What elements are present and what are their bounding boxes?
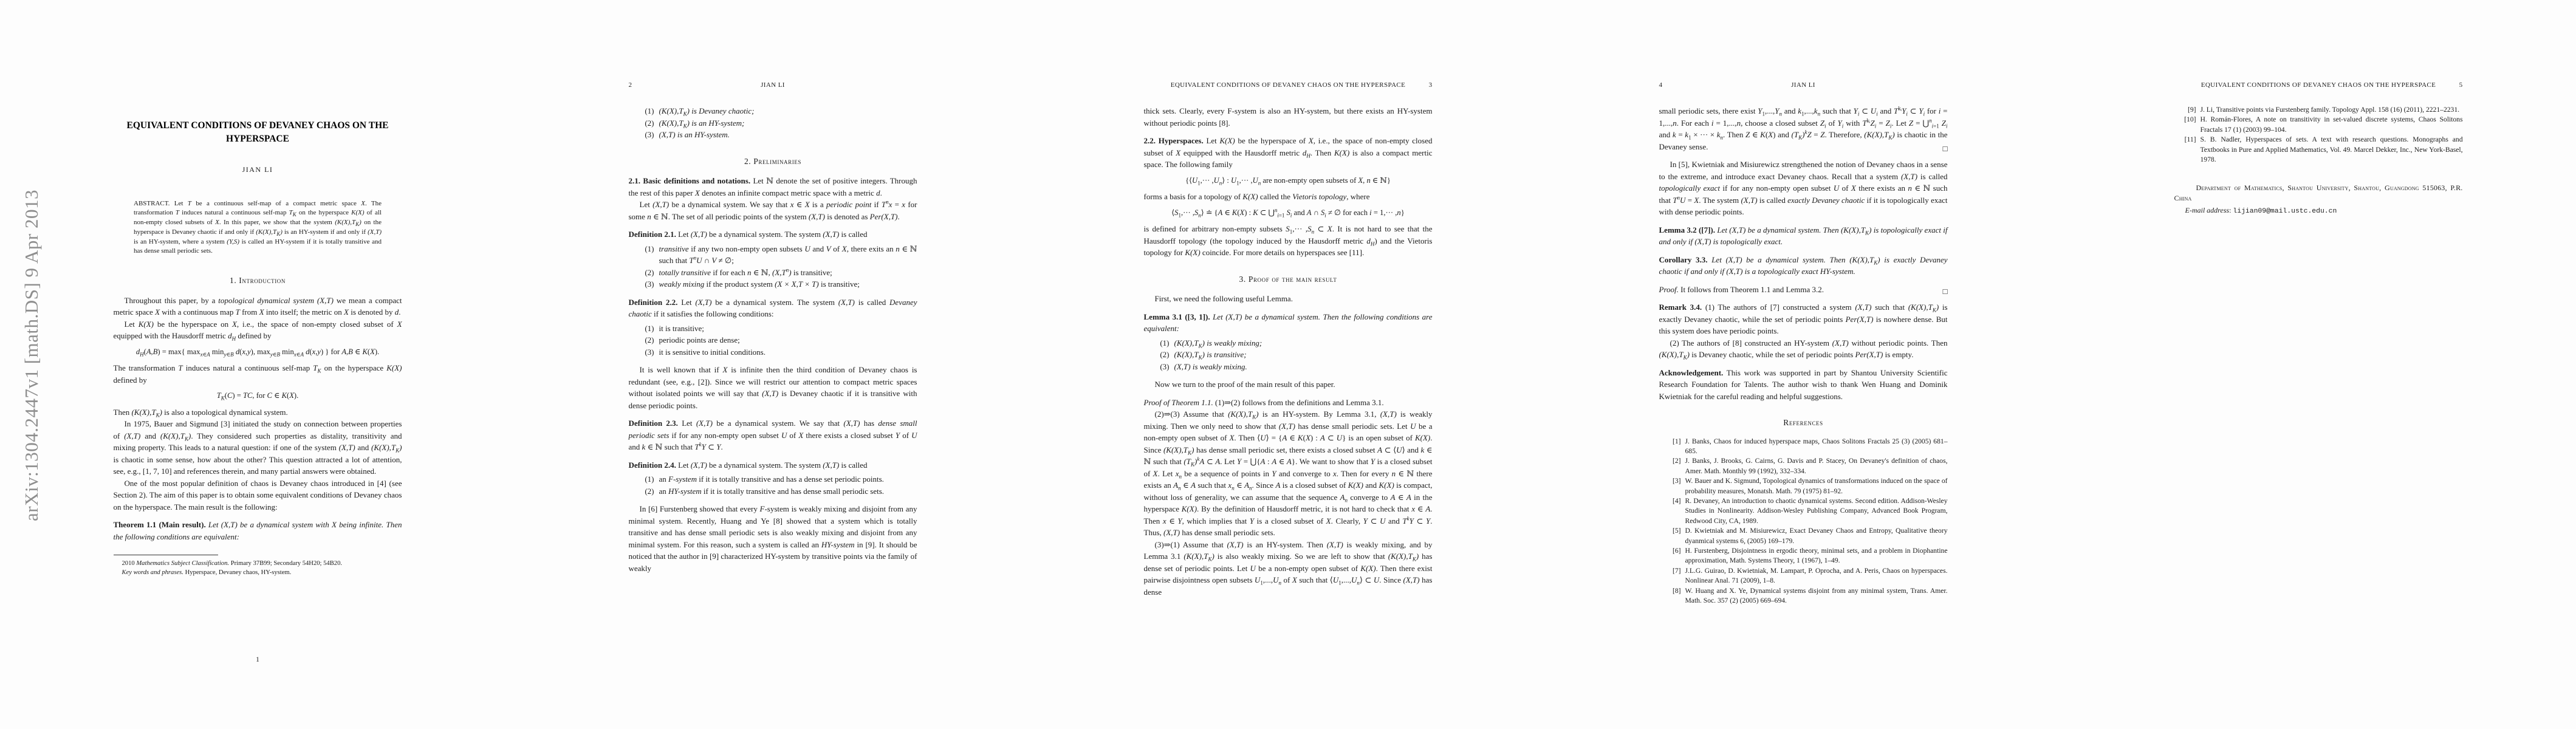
- paragraph: 2.1. Basic definitions and notations. Le…: [629, 175, 917, 199]
- running-header: EQUIVALENT CONDITIONS OF DEVANEY CHAOS O…: [2174, 81, 2463, 89]
- list-item-text: totally transitive if for each n ∈ ℕ, (X…: [659, 267, 917, 279]
- list-item: (2)totally transitive if for each n ∈ ℕ,…: [629, 267, 917, 279]
- email-label: E-mail address: [2185, 206, 2230, 214]
- list-item-text: (K(X),TK) is weakly mixing;: [1174, 337, 1433, 349]
- enumerated-list: (1)it is transitive;(2)periodic points a…: [629, 323, 917, 358]
- list-item: (1)(K(X),TK) is Devaney chaotic;: [629, 105, 917, 117]
- theorem-head: Lemma 3.2 ([7]).: [1659, 225, 1716, 234]
- page-number: 4: [1659, 81, 1663, 89]
- reference-label: [7]: [1659, 566, 1685, 586]
- section-heading: References: [1659, 417, 1948, 429]
- paragraph: In [6] Furstenberg showed that every F-s…: [629, 503, 917, 574]
- list-item-text: an F-system if it is totally transitive …: [659, 473, 917, 485]
- list-item-text: (X,T) is an HY-system.: [659, 129, 917, 141]
- section-heading: 1. Introduction: [114, 275, 402, 287]
- list-item: (2)an HY-system if it is totally transit…: [629, 485, 917, 498]
- reference-text: R. Devaney, An introduction to chaotic d…: [1685, 496, 1948, 526]
- list-item-label: (3): [1144, 361, 1174, 373]
- page-4: 4JIAN LIsmall periodic sets, there exist…: [1546, 0, 2061, 729]
- list-item-label: (2): [629, 334, 659, 346]
- qed-symbol: □: [1943, 286, 1948, 298]
- theorem: Lemma 3.1 ([3, 1]). Let (X,T) be a dynam…: [1144, 311, 1433, 335]
- reference-label: [6]: [1659, 546, 1685, 566]
- paragraph: Let K(X) be the hyperspace on X, i.e., t…: [114, 318, 402, 342]
- page-text-block: EQUIVALENT CONDITIONS OF DEVANEY CHAOS O…: [114, 0, 402, 577]
- enumerated-list: (1)(K(X),TK) is weakly mixing;(2)(K(X),T…: [1144, 337, 1433, 373]
- list-item-label: (1): [629, 105, 659, 117]
- paragraph: First, we need the following useful Lemm…: [1144, 293, 1433, 305]
- theorem: Corollary 3.3. Let (X,T) be a dynamical …: [1659, 254, 1948, 278]
- list-item-label: (2): [1144, 349, 1174, 361]
- reference-text: W. Huang and X. Ye, Dynamical systems di…: [1685, 586, 1948, 606]
- list-item-text: transitive if any two non-empty open sub…: [659, 243, 917, 267]
- page-number: 3: [1429, 81, 1433, 89]
- list-item-label: (3): [629, 129, 659, 141]
- list-item: (3)it is sensitive to initial conditions…: [629, 346, 917, 358]
- list-item-text: (X,T) is weakly mixing.: [1174, 361, 1433, 373]
- page-number: 5: [2459, 81, 2463, 89]
- footnote: Key words and phrases. Hyperspace, Devan…: [114, 568, 402, 577]
- paragraph: (2) The authors of [8] constructed an HY…: [1659, 337, 1948, 361]
- paragraph: Definition 2.1. Let (X,T) be a dynamical…: [629, 228, 917, 241]
- reference-item: [3]W. Bauer and K. Sigmund, Topological …: [1659, 476, 1948, 496]
- list-item: (1)it is transitive;: [629, 323, 917, 335]
- reference-item: [5]D. Kwietniak and M. Misiurewicz, Exac…: [1659, 526, 1948, 546]
- paragraph: Throughout this paper, by a topological …: [114, 295, 402, 318]
- reference-text: H. Román-Flores, A note on transitivity …: [2201, 115, 2463, 135]
- theorem-head: Theorem 1.1 (Main result).: [114, 520, 206, 529]
- reference-text: J. Li, Transitive points via Furstenberg…: [2201, 105, 2463, 115]
- reference-text: W. Bauer and K. Sigmund, Topological dyn…: [1685, 476, 1948, 496]
- paragraph: Definition 2.2. Let (X,T) be a dynamical…: [629, 296, 917, 320]
- list-item-label: (1): [629, 243, 659, 267]
- running-header: 4JIAN LI: [1659, 81, 1948, 89]
- reference-item: [1]J. Banks, Chaos for induced hyperspac…: [1659, 437, 1948, 457]
- paragraph: Then (K(X),TK) is also a topological dyn…: [114, 406, 402, 419]
- theorem: Theorem 1.1 (Main result). Let (X,T) be …: [114, 519, 402, 542]
- reference-item: [6]H. Furstenberg, Disjointness in ergod…: [1659, 546, 1948, 566]
- list-item: (1)an F-system if it is totally transiti…: [629, 473, 917, 485]
- document-canvas: arXiv:1304.2447v1 [math.DS] 9 Apr 2013 E…: [0, 0, 2576, 729]
- list-item-label: (2): [629, 117, 659, 129]
- paragraph: thick sets. Clearly, every F-system is a…: [1144, 105, 1433, 129]
- running-header: 2JIAN LI: [629, 81, 917, 89]
- page-text-block: 2JIAN LI(1)(K(X),TK) is Devaney chaotic;…: [629, 0, 917, 574]
- paragraph: Proof. It follows from Theorem 1.1 and L…: [1659, 284, 1948, 296]
- theorem: Lemma 3.2 ([7]). Let (X,T) be a dynamica…: [1659, 224, 1948, 248]
- paragraph: In 1975, Bauer and Sigmund [3] initiated…: [114, 418, 402, 477]
- paragraph: Remark 3.4. (1) The authors of [7] const…: [1659, 301, 1948, 337]
- reference-item: [7]J.L.G. Guirao, D. Kwietniak, M. Lampa…: [1659, 566, 1948, 586]
- paragraph: Definition 2.4. Let (X,T) be a dynamical…: [629, 459, 917, 471]
- list-item-text: (K(X),TK) is transitive;: [1174, 349, 1433, 361]
- paragraph: forms a basis for a topology of K(X) cal…: [1144, 191, 1433, 203]
- footnote-rule: [114, 555, 218, 555]
- running-title: EQUIVALENT CONDITIONS OF DEVANEY CHAOS O…: [1171, 81, 1406, 89]
- list-item-label: (1): [629, 323, 659, 335]
- paper-title: EQUIVALENT CONDITIONS OF DEVANEY CHAOS O…: [114, 119, 402, 146]
- reference-label: [3]: [1659, 476, 1685, 496]
- author-name: JIAN LI: [114, 164, 402, 176]
- reference-label: [10]: [2174, 115, 2201, 135]
- reference-label: [11]: [2174, 135, 2201, 165]
- reference-item: [2]J. Banks, J. Brooks, G. Cairns, G. Da…: [1659, 456, 1948, 476]
- list-item-label: (3): [629, 278, 659, 290]
- theorem-head: Lemma 3.1 ([3, 1]).: [1144, 312, 1210, 321]
- page-1: EQUIVALENT CONDITIONS OF DEVANEY CHAOS O…: [0, 0, 515, 729]
- email-value: lijian09@mail.ustc.edu.cn: [2233, 208, 2337, 215]
- reference-text: D. Kwietniak and M. Misiurewicz, Exact D…: [1685, 526, 1948, 546]
- list-item: (3)weakly mixing if the product system (…: [629, 278, 917, 290]
- paragraph: (2)⇒(3) Assume that (K(X),TK) is an HY-s…: [1144, 408, 1433, 539]
- reference-item: [10]H. Román-Flores, A note on transitiv…: [2174, 115, 2463, 135]
- paragraph: small periodic sets, there exist Y1,...,…: [1659, 105, 1948, 152]
- reference-text: J.L.G. Guirao, D. Kwietniak, M. Lampart,…: [1685, 566, 1948, 586]
- list-item-text: (K(X),TK) is an HY-system;: [659, 117, 917, 129]
- reference-label: [2]: [1659, 456, 1685, 476]
- enumerated-list: (1)(K(X),TK) is Devaney chaotic;(2)(K(X)…: [629, 105, 917, 141]
- reference-text: J. Banks, Chaos for induced hyperspace m…: [1685, 437, 1948, 457]
- running-title: JIAN LI: [1791, 81, 1815, 89]
- list-item-text: it is sensitive to initial conditions.: [659, 346, 917, 358]
- paragraph: Proof of Theorem 1.1. (1)⇒(2) follows fr…: [1144, 397, 1433, 409]
- reference-text: S. B. Nadler, Hyperspaces of sets. A tex…: [2201, 135, 2463, 165]
- page-5: EQUIVALENT CONDITIONS OF DEVANEY CHAOS O…: [2061, 0, 2576, 729]
- reference-label: [9]: [2174, 105, 2201, 115]
- reference-list: [1]J. Banks, Chaos for induced hyperspac…: [1659, 437, 1948, 606]
- reference-list: [9]J. Li, Transitive points via Furstenb…: [2174, 105, 2463, 165]
- paragraph: Now we turn to the proof of the main res…: [1144, 378, 1433, 391]
- list-item-text: periodic points are dense;: [659, 334, 917, 346]
- list-item: (1)transitive if any two non-empty open …: [629, 243, 917, 267]
- list-item-text: an HY-system if it is totally transitive…: [659, 485, 917, 498]
- paragraph: One of the most popular definition of ch…: [114, 477, 402, 513]
- page-number: 1: [0, 656, 515, 663]
- paragraph: Let (X,T) be a dynamical system. We say …: [629, 199, 917, 222]
- list-item-label: (2): [629, 485, 659, 498]
- list-item-text: weakly mixing if the product system (X ×…: [659, 278, 917, 290]
- running-title: EQUIVALENT CONDITIONS OF DEVANEY CHAOS O…: [2201, 81, 2436, 89]
- list-item: (3)(X,T) is weakly mixing.: [1144, 361, 1433, 373]
- page-text-block: EQUIVALENT CONDITIONS OF DEVANEY CHAOS O…: [1144, 0, 1433, 598]
- display-formula: TK(C) = TC, for C ∈ K(X).: [114, 390, 402, 402]
- reference-item: [9]J. Li, Transitive points via Furstenb…: [2174, 105, 2463, 115]
- list-item-label: (2): [629, 267, 659, 279]
- reference-label: [4]: [1659, 496, 1685, 526]
- page-2: 2JIAN LI(1)(K(X),TK) is Devaney chaotic;…: [515, 0, 1030, 729]
- enumerated-list: (1)transitive if any two non-empty open …: [629, 243, 917, 290]
- paragraph: (3)⇒(1) Assume that (X,T) is an HY-syste…: [1144, 539, 1433, 598]
- reference-text: J. Banks, J. Brooks, G. Cairns, G. Davis…: [1685, 456, 1948, 476]
- list-item: (1)(K(X),TK) is weakly mixing;: [1144, 337, 1433, 349]
- footnote: 2010 Mathematics Subject Classification.…: [114, 559, 402, 568]
- theorem-head: Corollary 3.3.: [1659, 255, 1708, 264]
- reference-item: [11]S. B. Nadler, Hyperspaces of sets. A…: [2174, 135, 2463, 165]
- display-formula: ⟨S1,··· ,Sn⟩ ≐ {A ∈ K(X) : K ⊂ ⋃ni=1 Si …: [1144, 207, 1433, 219]
- running-header: EQUIVALENT CONDITIONS OF DEVANEY CHAOS O…: [1144, 81, 1433, 89]
- list-item: (3)(X,T) is an HY-system.: [629, 129, 917, 141]
- paragraph: It is well known that if X is infinite t…: [629, 364, 917, 411]
- section-heading: 2. Preliminaries: [629, 156, 917, 168]
- page-text-block: 4JIAN LIsmall periodic sets, there exist…: [1659, 0, 1948, 606]
- display-formula: dH(A,B) = max{ maxx∈A miny∈B d(x,y), max…: [114, 346, 402, 358]
- reference-text: H. Furstenberg, Disjointness in ergodic …: [1685, 546, 1948, 566]
- list-item: (2)(K(X),TK) is an HY-system;: [629, 117, 917, 129]
- paragraph: Acknowledgement. This work was supported…: [1659, 367, 1948, 403]
- qed-symbol: □: [1943, 143, 1948, 155]
- email-address: E-mail address: lijian09@mail.ustc.edu.c…: [2174, 205, 2463, 218]
- running-title: JIAN LI: [761, 81, 785, 89]
- list-item: (2)periodic points are dense;: [629, 334, 917, 346]
- reference-label: [5]: [1659, 526, 1685, 546]
- paragraph: is defined for arbitrary non-empty subse…: [1144, 223, 1433, 259]
- section-heading: 3. Proof of the main result: [1144, 273, 1433, 286]
- enumerated-list: (1)an F-system if it is totally transiti…: [629, 473, 917, 497]
- display-formula: {⟨U1,··· ,Un⟩ : U1,··· ,Un are non-empty…: [1144, 175, 1433, 187]
- page-number: 2: [629, 81, 632, 89]
- paragraph: 2.2. Hyperspaces. Let K(X) be the hypers…: [1144, 135, 1433, 171]
- reference-label: [1]: [1659, 437, 1685, 457]
- list-item-label: (1): [629, 473, 659, 485]
- paragraph: Definition 2.3. Let (X,T) be a dynamical…: [629, 417, 917, 453]
- paragraph: In [5], Kwietniak and Misiurewicz streng…: [1659, 159, 1948, 218]
- page-text-block: EQUIVALENT CONDITIONS OF DEVANEY CHAOS O…: [2174, 0, 2463, 218]
- affiliation: Department of Mathematics, Shantou Unive…: [2174, 183, 2463, 204]
- reference-item: [4]R. Devaney, An introduction to chaoti…: [1659, 496, 1948, 526]
- paragraph: The transformation T induces natural a c…: [114, 362, 402, 386]
- reference-item: [8]W. Huang and X. Ye, Dynamical systems…: [1659, 586, 1948, 606]
- list-item-label: (1): [1144, 337, 1174, 349]
- abstract: ABSTRACT. Let T be a continuous self-map…: [134, 199, 382, 257]
- list-item-text: it is transitive;: [659, 323, 917, 335]
- reference-label: [8]: [1659, 586, 1685, 606]
- list-item-label: (3): [629, 346, 659, 358]
- page-3: EQUIVALENT CONDITIONS OF DEVANEY CHAOS O…: [1030, 0, 1546, 729]
- list-item: (2)(K(X),TK) is transitive;: [1144, 349, 1433, 361]
- list-item-text: (K(X),TK) is Devaney chaotic;: [659, 105, 917, 117]
